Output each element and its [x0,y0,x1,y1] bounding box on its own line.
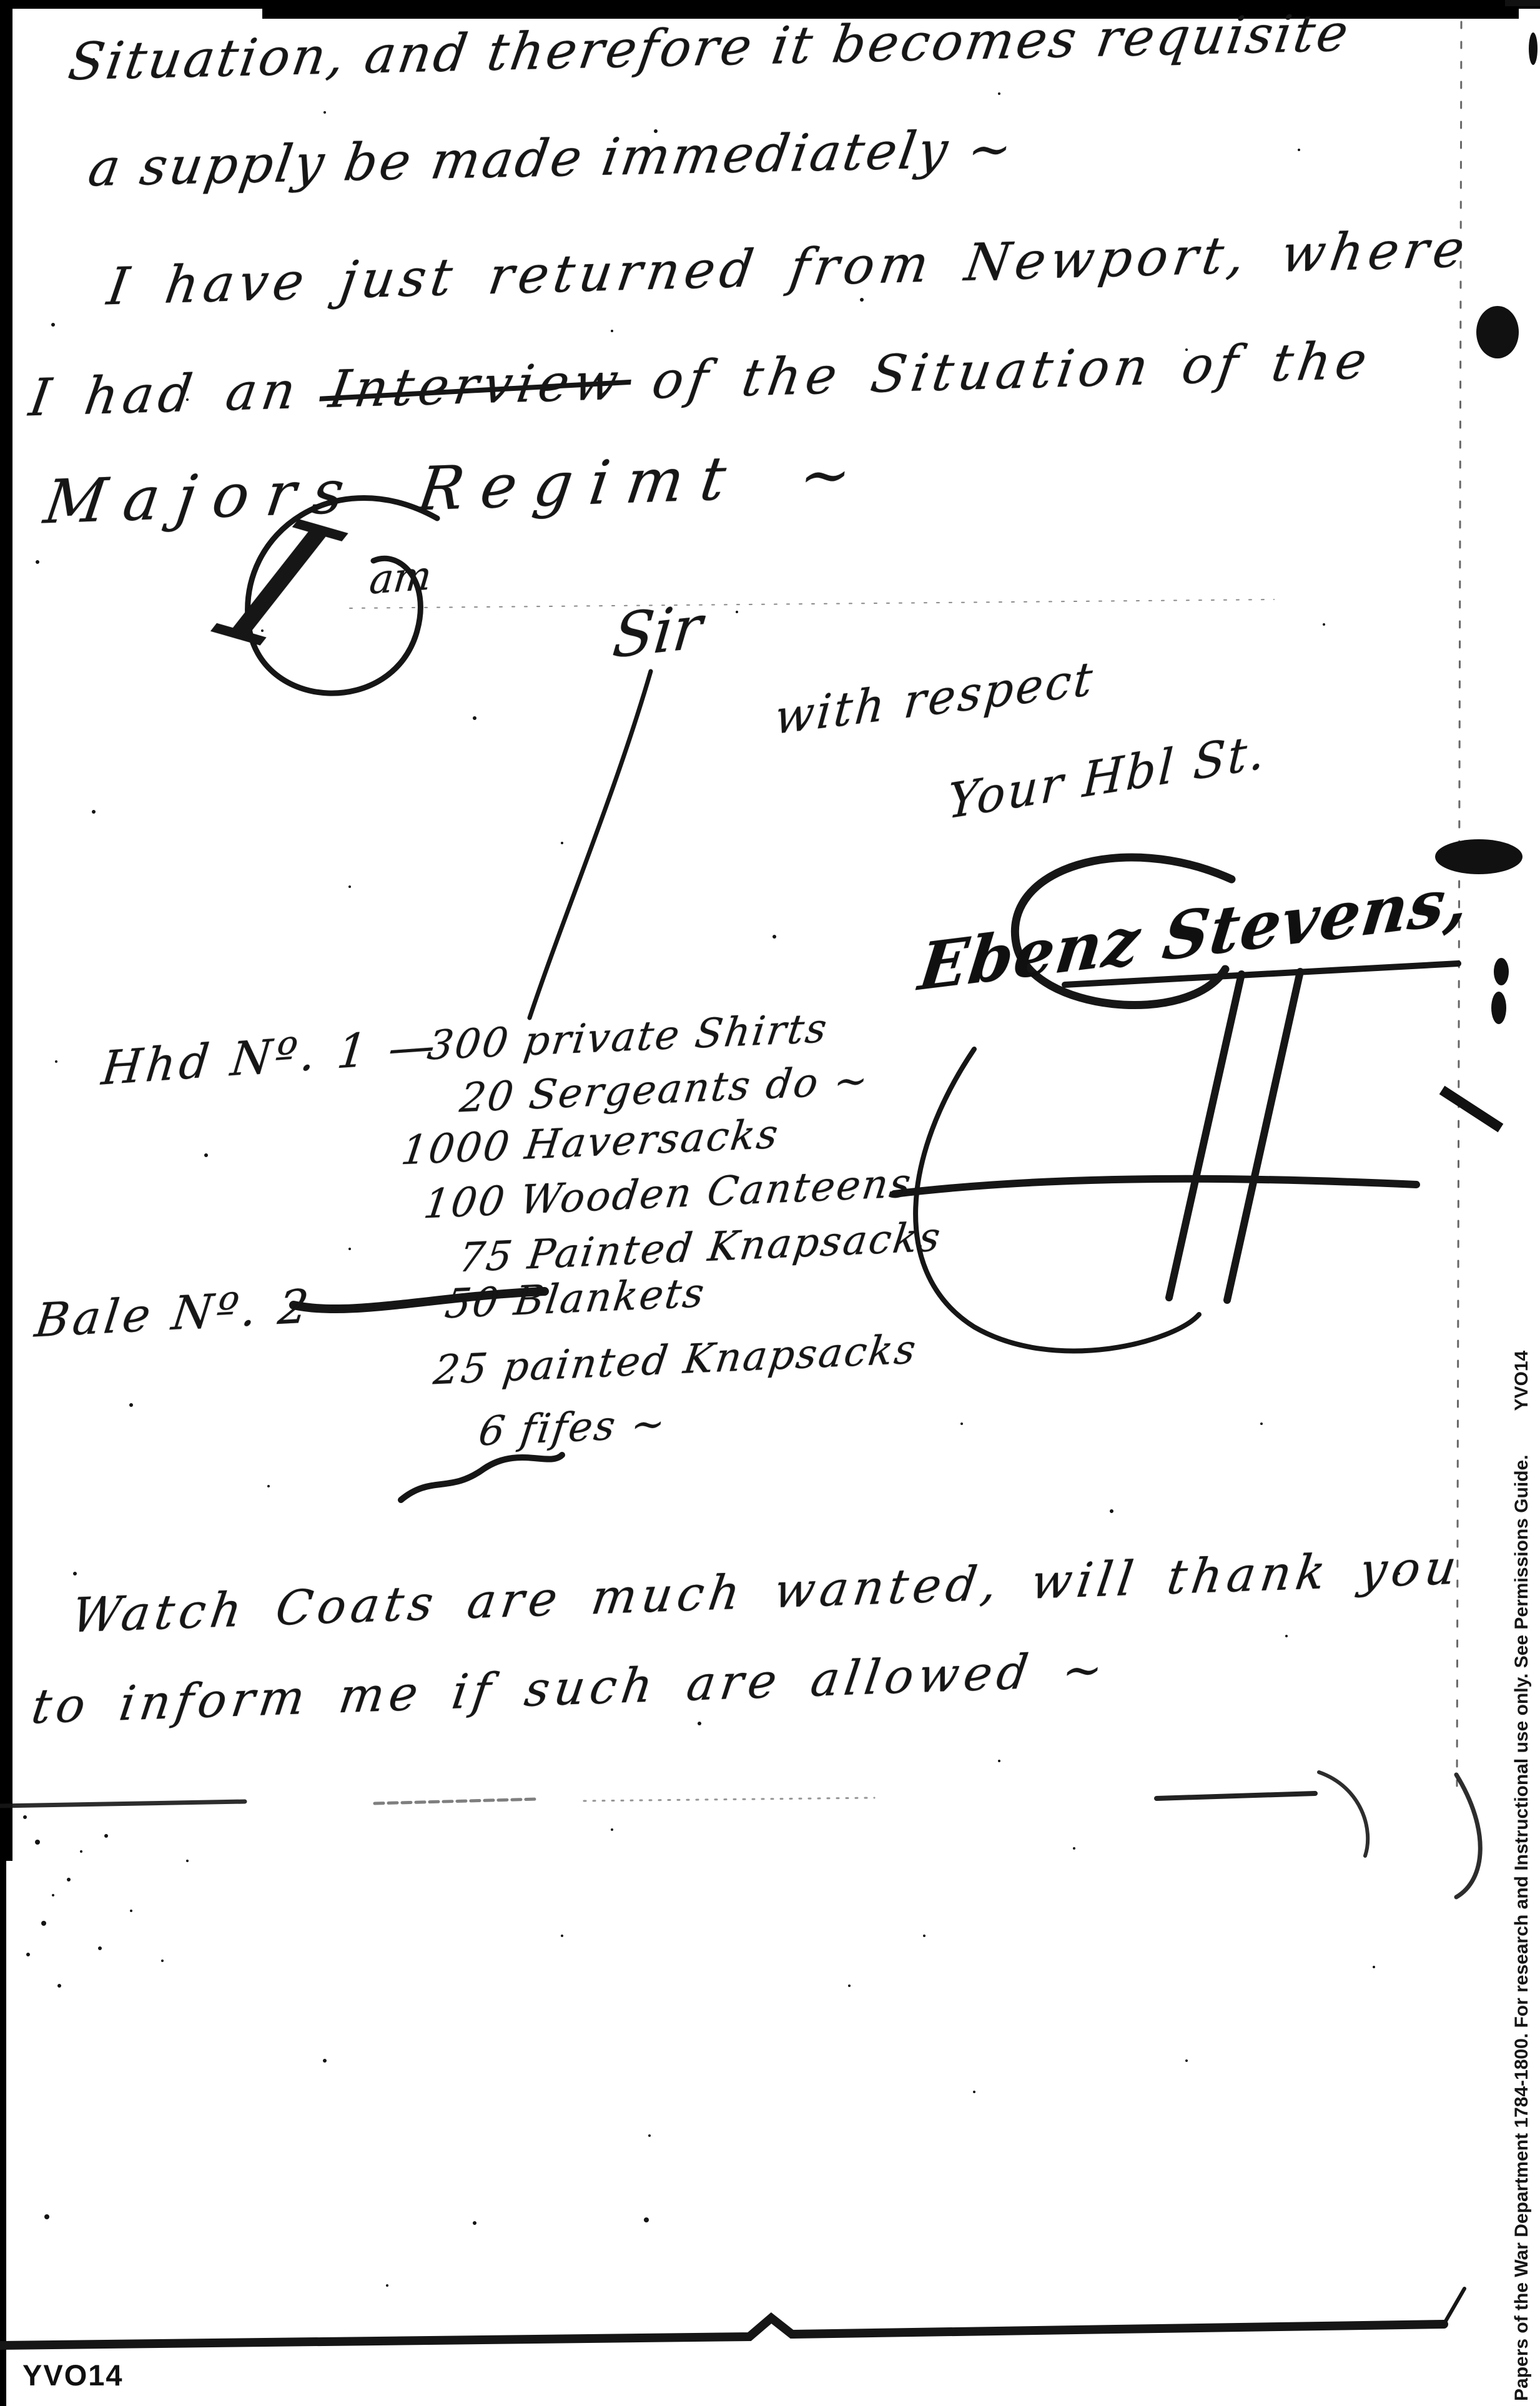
closing-am: am [367,553,433,604]
closing-sir: Sir [610,591,706,672]
signature-cross-stroke-lower [894,1179,1416,1194]
archive-stamp-id: YVO14 [1511,1351,1533,1411]
fold-line-4 [1157,1793,1315,1798]
fifes-swash [401,1455,562,1500]
closing-with-respect: with respect [772,651,1097,745]
signature-diagonal-1 [1169,974,1241,1298]
signature-ebenz-stevens: Ebenz Stevens, [915,862,1474,1006]
letter-line-4: I had an Interview of the Situation of t… [26,331,1376,428]
letter-line-5-majors-regiment: Majors Regimt ∼ [40,438,873,538]
struck-word-interview: Interview [325,352,627,420]
scanned-letter-page: Situation, and therefore it becomes requ… [0,0,1540,2406]
archive-stamp-text: Papers of the War Department 1784-1800. … [1511,1454,1533,2401]
line-4-pre: I had an [26,360,334,428]
manifest-item-sergeants: 20 Sergeants do ∼ [457,1057,872,1122]
manifest-item-haversacks: 1000 Haversacks [398,1112,782,1175]
letter-line-3: I have just returned from Newport, where [104,219,1473,317]
line-4-post: of the Situation of the [618,331,1375,412]
manifest-bale-2-label: Bale Nº. 2 — [32,1276,383,1348]
signature-left-curve [916,1049,1199,1351]
letter-line-2: a supply be made immediately ∼ [84,119,1018,198]
scan-scratch-line [350,599,1274,608]
postscript-line-2: to inform me if such are allowed ∼ [28,1641,1111,1735]
manifest-item-fifes: 6 fifes ∼ [476,1401,669,1456]
archive-stamp-sidebar: Papers of the War Department 1784-1800. … [1511,1527,1539,2401]
closing-your-humble-servant: Your Hbl St. [946,722,1268,830]
postscript-line-1: Watch Coats are much wanted, will thank … [68,1539,1464,1643]
manifest-item-painted-knapsacks: 25 painted Knapsacks [431,1326,920,1394]
fold-curve-1 [1319,1772,1368,1856]
fold-line-3 [584,1798,874,1801]
manifest-hhd-1-label: Hhd Nº. 1 — [99,1018,442,1096]
signature-diagonal-2 [1227,972,1300,1300]
manifest-item-canteens: 100 Wooden Canteens [421,1160,915,1228]
corner-id-label: YVO14 [22,2358,124,2392]
paper-bottom-edge [0,2318,1444,2345]
fold-line-1 [0,1802,245,1806]
sir-descender-flourish [530,671,651,1018]
fold-curve-2 [1456,1775,1480,1897]
edge-smudges [1435,0,1540,1132]
scan-edge-left [0,0,12,1861]
paper-bottom-edge-tick [1444,2289,1464,2324]
fold-line-2 [375,1799,538,1803]
scan-edge-left-lower [0,1861,6,2406]
manifest-item-shirts: 300 private Shirts [425,1005,831,1069]
